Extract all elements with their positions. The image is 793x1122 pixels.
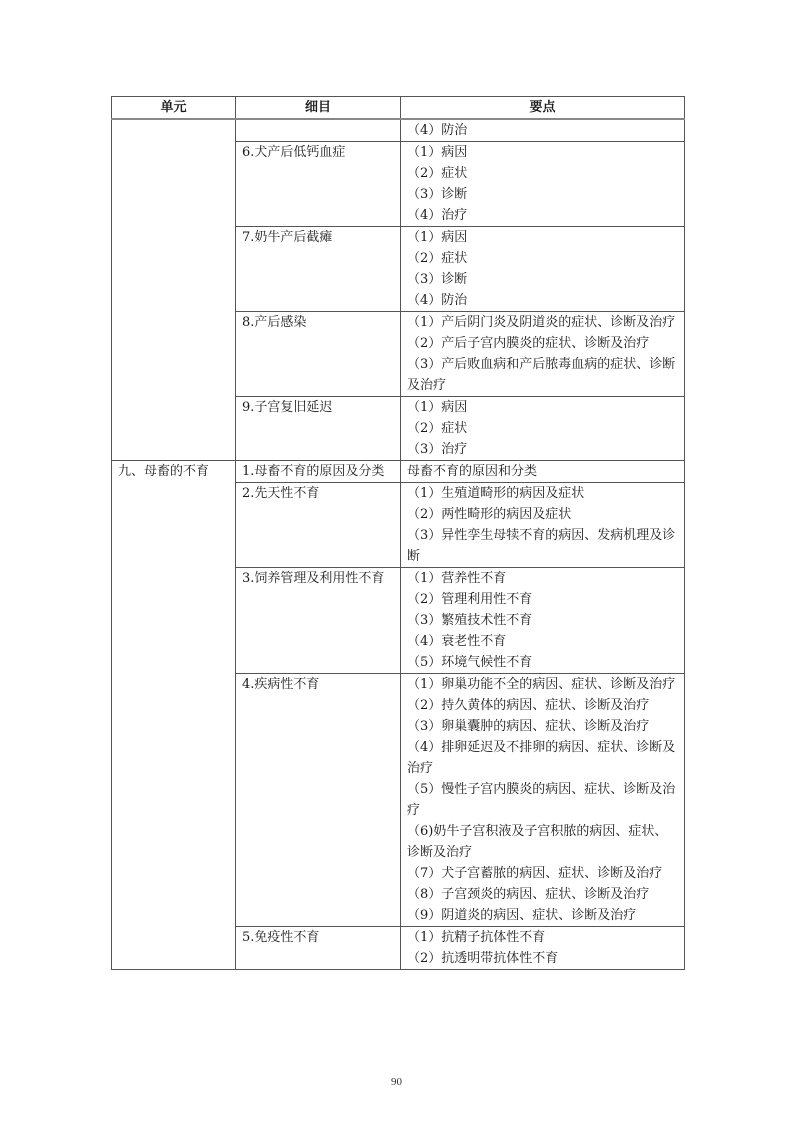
point-text: （5）慢性子宫内膜炎的病因、症状、诊断及治疗 — [407, 779, 678, 821]
unit-cell: 九、母畜的不育 — [112, 461, 236, 970]
point-text: （4）防治 — [407, 120, 678, 141]
column-header-unit: 单元 — [112, 97, 236, 120]
item-cell: 3.饲养管理及利用性不育 — [236, 568, 401, 674]
point-text: （2）管理利用性不育 — [407, 589, 678, 610]
item-cell: 5.免疫性不育 — [236, 927, 401, 970]
table-row: 九、母畜的不育 1.母畜不育的原因及分类 母畜不育的原因和分类 — [112, 461, 685, 483]
point-text: （9）阴道炎的病因、症状、诊断及治疗 — [407, 905, 678, 926]
point-text: （1）病因 — [407, 142, 678, 163]
point-text: （2）症状 — [407, 418, 678, 439]
point-text: （3）产后败血病和产后脓毒血病的症状、诊断及治疗 — [407, 354, 678, 396]
point-text: （2）症状 — [407, 163, 678, 184]
points-cell: （1）病因 （2）症状 （3）诊断 （4）防治 — [401, 227, 685, 312]
unit-cell-continued — [112, 119, 236, 461]
point-text: （5）环境气候性不育 — [407, 652, 678, 673]
item-cell: 6.犬产后低钙血症 — [236, 142, 401, 227]
point-text: （1）生殖道畸形的病因及症状 — [407, 483, 678, 504]
points-cell: （1）营养性不育 （2）管理利用性不育 （3）繁殖技术性不育 （4）衰老性不育 … — [401, 568, 685, 674]
point-text: （1）抗精子抗体性不育 — [407, 927, 678, 948]
points-cell: （1）病因 （2）症状 （3）治疗 — [401, 397, 685, 461]
item-cell: 7.奶牛产后截瘫 — [236, 227, 401, 312]
point-text: （8）子宫颈炎的病因、症状、诊断及治疗 — [407, 884, 678, 905]
point-text: （3）诊断 — [407, 269, 678, 290]
page-number: 90 — [0, 1076, 793, 1088]
point-text: （2）产后子宫内膜炎的症状、诊断及治疗 — [407, 333, 678, 354]
point-text: （4）衰老性不育 — [407, 631, 678, 652]
point-text: （4）排卵延迟及不排卵的病因、症状、诊断及治疗 — [407, 737, 678, 779]
point-text: （3）诊断 — [407, 184, 678, 205]
point-text: （1）营养性不育 — [407, 568, 678, 589]
item-cell: 2.先天性不育 — [236, 483, 401, 568]
point-text: 母畜不育的原因和分类 — [407, 461, 678, 482]
point-text: （1）病因 — [407, 227, 678, 248]
points-cell: （1）卵巢功能不全的病因、症状、诊断及治疗 （2）持久黄体的病因、症状、诊断及治… — [401, 674, 685, 927]
column-header-item: 细目 — [236, 97, 401, 120]
item-cell — [236, 119, 401, 142]
point-text: （4）防治 — [407, 290, 678, 311]
points-cell: （1）产后阴门炎及阴道炎的症状、诊断及治疗 （2）产后子宫内膜炎的症状、诊断及治… — [401, 312, 685, 397]
point-text: （3）治疗 — [407, 439, 678, 460]
point-text: （7）犬子宫蓄脓的病因、症状、诊断及治疗 — [407, 863, 678, 884]
point-text: （3）繁殖技术性不育 — [407, 610, 678, 631]
point-text: （1）病因 — [407, 397, 678, 418]
table-header-row: 单元 细目 要点 — [112, 97, 685, 120]
points-cell: （1）病因 （2）症状 （3）诊断 （4）治疗 — [401, 142, 685, 227]
points-cell: （4）防治 — [401, 119, 685, 142]
point-text: （2）两性畸形的病因及症状 — [407, 504, 678, 525]
points-cell: 母畜不育的原因和分类 — [401, 461, 685, 483]
points-cell: （1）抗精子抗体性不育 （2）抗透明带抗体性不育 — [401, 927, 685, 970]
item-cell: 1.母畜不育的原因及分类 — [236, 461, 401, 483]
point-text: （3）异性孪生母犊不育的病因、发病机理及诊断 — [407, 525, 678, 567]
point-text: （2）抗透明带抗体性不育 — [407, 948, 678, 969]
point-text: （4）治疗 — [407, 205, 678, 226]
point-text: （2）持久黄体的病因、症状、诊断及治疗 — [407, 695, 678, 716]
item-cell: 9.子宫复旧延迟 — [236, 397, 401, 461]
item-cell: 8.产后感染 — [236, 312, 401, 397]
point-text: （2）症状 — [407, 248, 678, 269]
column-header-points: 要点 — [401, 97, 685, 120]
document-page: 单元 细目 要点 （4）防治 6.犬产后低钙血症 （1）病因 （2）症状 （3）… — [0, 0, 793, 1122]
table-row: （4）防治 — [112, 119, 685, 142]
item-cell: 4.疾病性不育 — [236, 674, 401, 927]
points-cell: （1）生殖道畸形的病因及症状 （2）两性畸形的病因及症状 （3）异性孪生母犊不育… — [401, 483, 685, 568]
point-text: （3）卵巢囊肿的病因、症状、诊断及治疗 — [407, 716, 678, 737]
point-text: （1）产后阴门炎及阴道炎的症状、诊断及治疗 — [407, 312, 678, 333]
point-text: （1）卵巢功能不全的病因、症状、诊断及治疗 — [407, 674, 678, 695]
syllabus-table: 单元 细目 要点 （4）防治 6.犬产后低钙血症 （1）病因 （2）症状 （3）… — [111, 96, 685, 970]
point-text: （6)奶牛子宫积液及子宫积脓的病因、症状、诊断及治疗 — [407, 821, 678, 863]
